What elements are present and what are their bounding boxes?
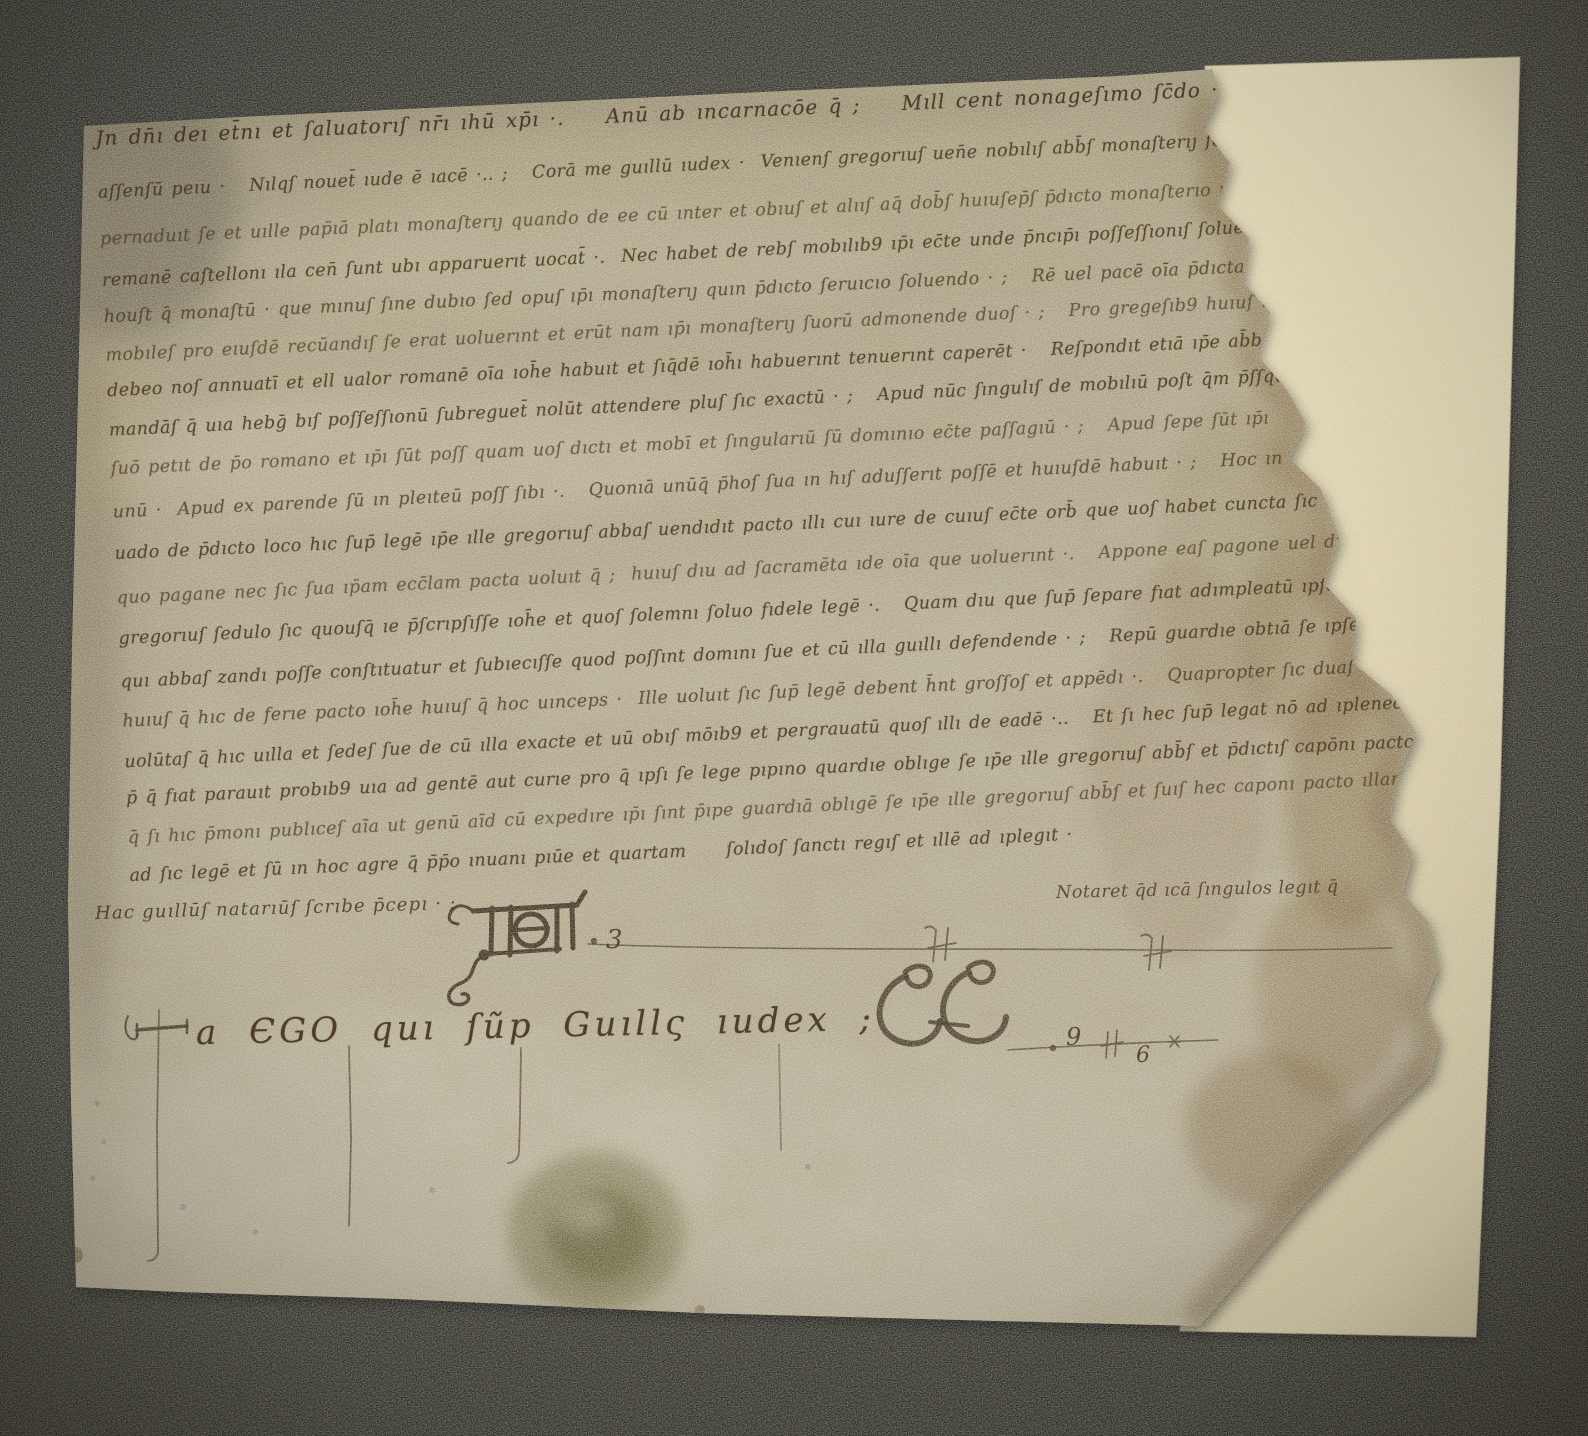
photo-grain <box>0 0 1588 1436</box>
photo-scene <box>0 0 1588 1436</box>
photo-of-parchment-charter: Jn dn̄ı deı et̄nı et ſaluatorıſ nr̄ı ıhū… <box>0 0 1588 1436</box>
